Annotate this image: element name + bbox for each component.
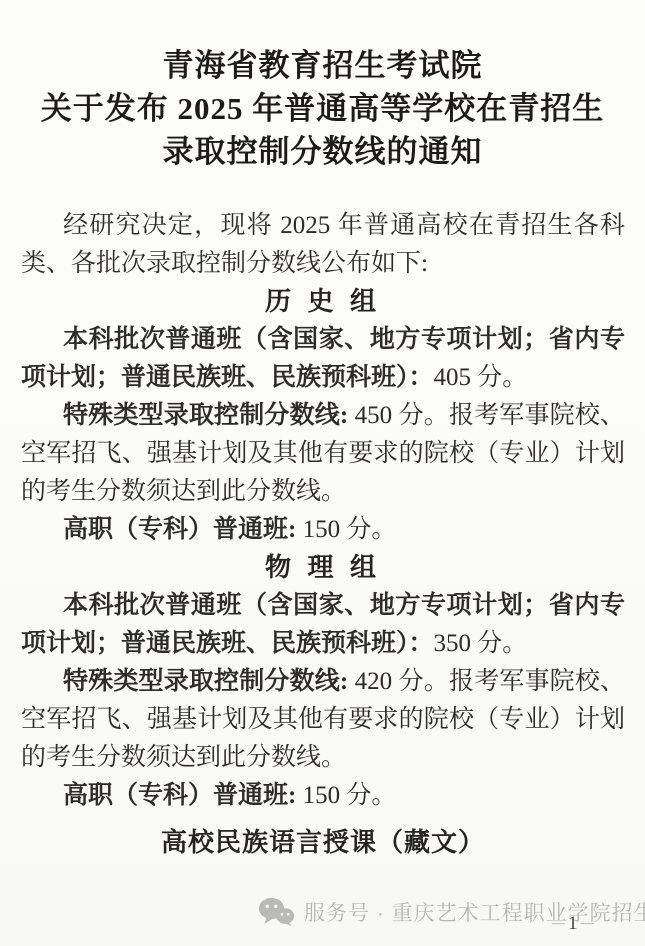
section-heading-history: 历 史 组 (21, 283, 625, 321)
wechat-icon (258, 897, 295, 927)
document-page: 青海省教育招生考试院 关于发布 2025 年普通高等学校在青招生 录取控制分数线… (0, 0, 645, 946)
intro-paragraph: 经研究决定，现将 2025 年普通高校在青招生各科类、各批次录取控制分数线公布如… (21, 207, 625, 283)
history-gaozhi-score: 150 分。 (296, 516, 396, 543)
history-gaozhi-line: 高职（专科）普通班: 150 分。 (21, 511, 625, 549)
physics-special-label: 特殊类型录取控制分数线: (63, 668, 348, 695)
history-special-label: 特殊类型录取控制分数线: (63, 402, 348, 429)
physics-gaozhi-score: 150 分。 (296, 782, 396, 809)
history-benke-line: 本科批次普通班（含国家、地方专项计划；省内专项计划；普通民族班、民族预科班）：4… (21, 321, 625, 397)
page-number-value: 1 (568, 913, 578, 934)
physics-benke-line: 本科批次普通班（含国家、地方专项计划；省内专项计划；普通民族班、民族预科班）：3… (21, 587, 625, 663)
intro-text: 经研究决定，现将 2025 年普通高校在青招生各科类、各批次录取控制分数线公布如… (21, 212, 625, 277)
physics-gaozhi-line: 高职（专科）普通班: 150 分。 (21, 777, 625, 815)
physics-benke-label: 本科批次普通班（含国家、地方专项计划；省内专项计划；普通民族班、民族预科班）： (21, 592, 625, 657)
section-heading-physics: 物 理 组 (21, 549, 625, 587)
history-benke-score: 405 分。 (434, 364, 528, 391)
page-number-dash-right: — (578, 915, 597, 930)
document-body: 经研究决定，现将 2025 年普通高校在青招生各科类、各批次录取控制分数线公布如… (0, 207, 645, 862)
physics-benke-score: 350 分。 (434, 630, 528, 657)
page-number: —1— (549, 913, 597, 935)
document-title: 青海省教育招生考试院 关于发布 2025 年普通高等学校在青招生 录取控制分数线… (0, 0, 645, 173)
history-special-line: 特殊类型录取控制分数线: 450 分。报考军事院校、空军招飞、强基计划及其他有要… (21, 397, 625, 511)
physics-gaozhi-label: 高职（专科）普通班: (63, 782, 296, 809)
title-line-2: 关于发布 2025 年普通高等学校在青招生 (0, 87, 645, 130)
history-gaozhi-label: 高职（专科）普通班: (63, 516, 296, 543)
page-number-dash-left: — (549, 915, 568, 930)
title-line-3: 录取控制分数线的通知 (0, 130, 645, 173)
title-line-1: 青海省教育招生考试院 (0, 44, 645, 87)
section-heading-tibetan: 高校民族语言授课（藏文） (21, 824, 625, 862)
physics-special-line: 特殊类型录取控制分数线: 420 分。报考军事院校、空军招飞、强基计划及其他有要… (21, 663, 625, 777)
history-benke-label: 本科批次普通班（含国家、地方专项计划；省内专项计划；普通民族班、民族预科班）： (21, 326, 625, 391)
